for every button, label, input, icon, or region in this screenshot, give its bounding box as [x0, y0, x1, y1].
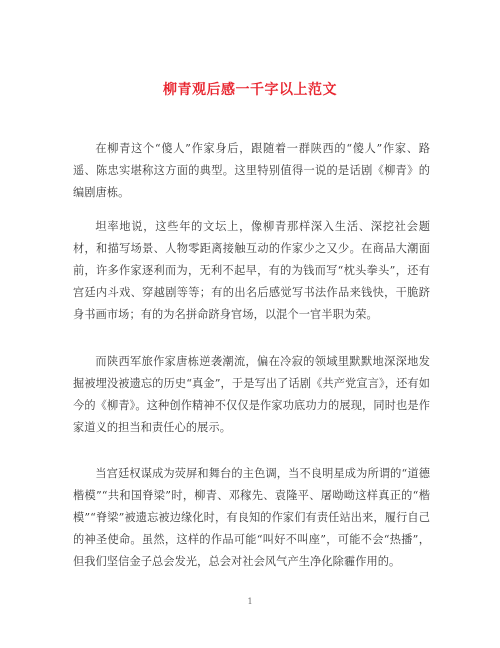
paragraph-1: 在柳青这个“傻人”作家身后，跟随着一群陕西的“傻人”作家、路遥、陈忠实堪称这方面… [73, 138, 430, 204]
paragraph-2: 坦率地说，这些年的文坛上，像柳青那样深入生活、深挖社会题材，和描写场景、人物零距… [73, 216, 430, 326]
paragraph-3: 而陕西军旅作家唐栋逆袭潮流，偏在冷寂的领域里默默地深深地发掘被埋没被遗忘的历史“… [73, 351, 430, 439]
paragraph-4: 当宫廷权谋成为荧屏和舞台的主色调，当不良明星成为所谓的“道德楷模”“共和国脊梁”… [73, 463, 430, 573]
document-title: 柳青观后感一千字以上范文 [0, 79, 500, 99]
page-number: 1 [0, 597, 500, 606]
document-page: 柳青观后感一千字以上范文 在柳青这个“傻人”作家身后，跟随着一群陕西的“傻人”作… [0, 0, 500, 648]
